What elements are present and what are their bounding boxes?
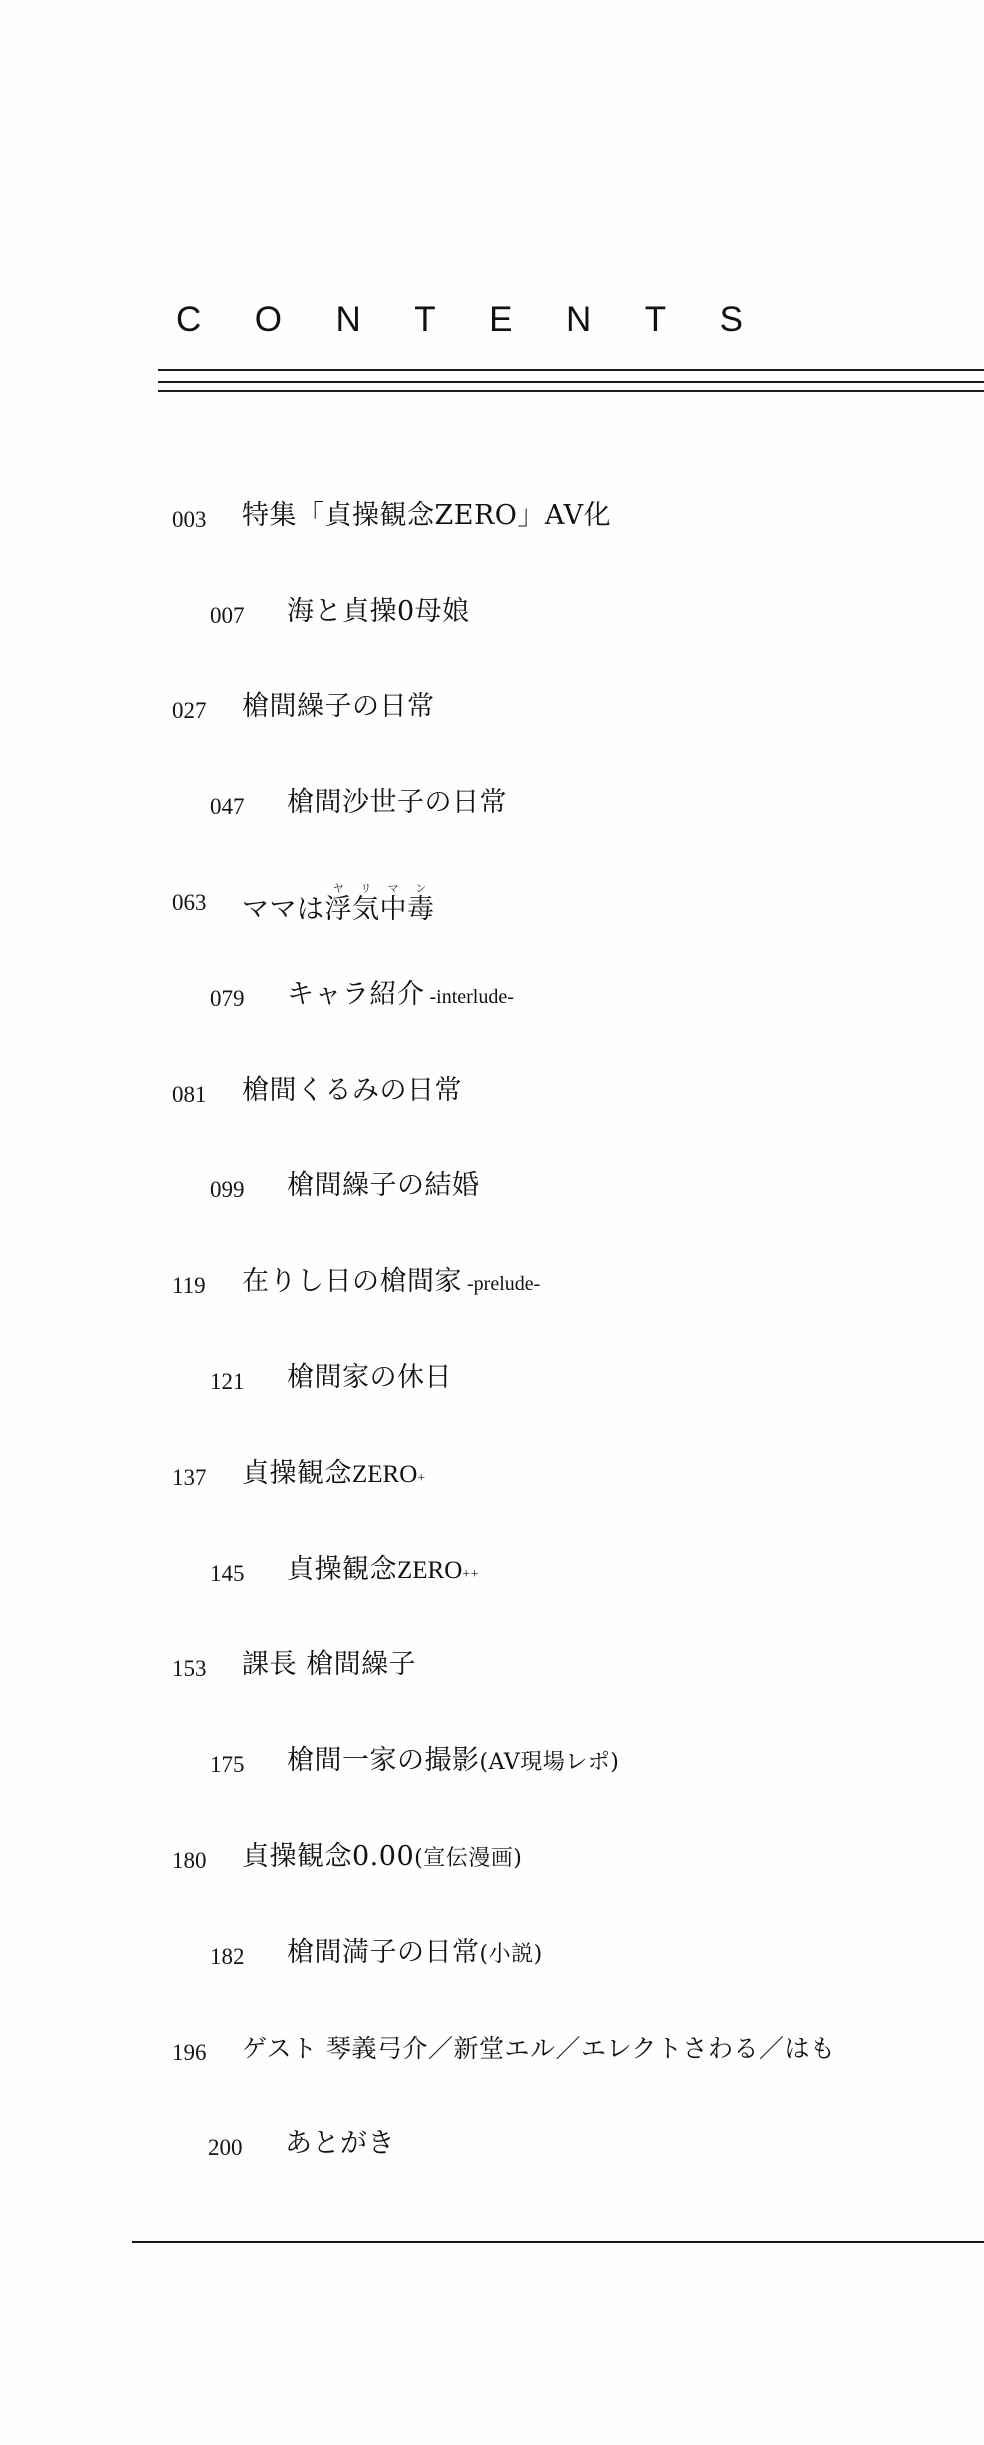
entry-title: 槍間沙世子の日常 <box>287 786 507 820</box>
ruby-reading: ヤリマン <box>325 882 435 895</box>
page-number: 121 <box>210 1370 245 1394</box>
page-number: 180 <box>172 1849 207 1873</box>
footer-rule <box>132 2241 984 2243</box>
entry-title: 槍間家の休日 <box>287 1361 452 1395</box>
entry-title: ママは浮気中毒ヤリマン <box>242 882 435 927</box>
title-suffix: -prelude- <box>462 1273 540 1295</box>
entry-title: あとがき <box>285 2127 395 2161</box>
entry-title: キャラ紹介 -interlude- <box>287 978 514 1014</box>
title-paren-note: (AV現場レポ) <box>480 1750 620 1775</box>
entry-title: ゲスト 琴義弓介／新堂エル／エレクトさわる／はも <box>242 2032 835 2066</box>
heading-rule-bottom <box>158 390 984 392</box>
page-number: 153 <box>172 1657 207 1681</box>
page-number: 175 <box>210 1753 245 1777</box>
contents-heading: CONTENTS <box>176 300 797 340</box>
entry-title: 海と貞操0母娘 <box>287 595 470 629</box>
page-number: 119 <box>172 1274 206 1298</box>
page-number: 182 <box>210 1945 245 1969</box>
page-number: 200 <box>208 2136 243 2160</box>
entry-title: 槍間一家の撮影(AV現場レポ) <box>287 1744 619 1780</box>
title-plus-mark: + <box>417 1471 425 1486</box>
title-main: 貞操観念 <box>287 1554 397 1585</box>
title-latin: ZERO <box>352 1461 417 1488</box>
entry-title: 課長 槍間繰子 <box>242 1648 416 1682</box>
title-main: 貞操観念 <box>242 1458 352 1489</box>
page-number: 003 <box>172 508 207 532</box>
title-main: 槍間一家の撮影 <box>287 1745 480 1776</box>
title-main: 貞操観念0.00 <box>242 1841 414 1872</box>
heading-rule-top <box>158 369 984 371</box>
title-suffix: -interlude- <box>425 986 514 1008</box>
entry-title: 槍間満子の日常(小説) <box>287 1936 543 1972</box>
page-number: 137 <box>172 1466 207 1490</box>
page-number: 079 <box>210 987 245 1011</box>
title-main: キャラ紹介 <box>287 979 425 1010</box>
ruby-base: 浮気中毒 <box>325 894 435 925</box>
page-number: 007 <box>210 604 245 628</box>
title-main: 在りし日の槍間家 <box>242 1266 462 1297</box>
page-number: 027 <box>172 699 207 723</box>
page-number: 196 <box>172 2041 207 2065</box>
heading-rule-middle <box>158 381 984 383</box>
entry-title: 貞操観念ZERO++ <box>287 1553 479 1592</box>
title-prefix: ママは <box>242 894 325 925</box>
title-latin: ZERO <box>397 1557 462 1584</box>
title-paren-note: (宣伝漫画) <box>414 1846 522 1871</box>
entry-title: 槍間繰子の日常 <box>242 690 435 724</box>
entry-title: 槍間くるみの日常 <box>242 1074 462 1108</box>
entry-title: 在りし日の槍間家 -prelude- <box>242 1265 540 1301</box>
ruby-annotated-text: 浮気中毒ヤリマン <box>325 894 435 925</box>
title-plus-mark: ++ <box>462 1567 479 1582</box>
page-number: 099 <box>210 1178 245 1202</box>
page-number: 063 <box>172 891 207 915</box>
entry-title: 槍間繰子の結婚 <box>287 1169 480 1203</box>
entry-title: 貞操観念0.00(宣伝漫画) <box>242 1840 522 1876</box>
page-number: 081 <box>172 1083 207 1107</box>
entry-title: 特集「貞操観念ZERO」AV化 <box>242 499 611 533</box>
page-number: 145 <box>210 1562 245 1586</box>
title-paren-note: (小説) <box>480 1942 543 1967</box>
title-main: 槍間満子の日常 <box>287 1937 480 1968</box>
entry-title: 貞操観念ZERO+ <box>242 1457 426 1496</box>
contents-page: CONTENTS 003 特集「貞操観念ZERO」AV化 007 海と貞操0母娘… <box>0 0 984 2445</box>
page-number: 047 <box>210 795 245 819</box>
